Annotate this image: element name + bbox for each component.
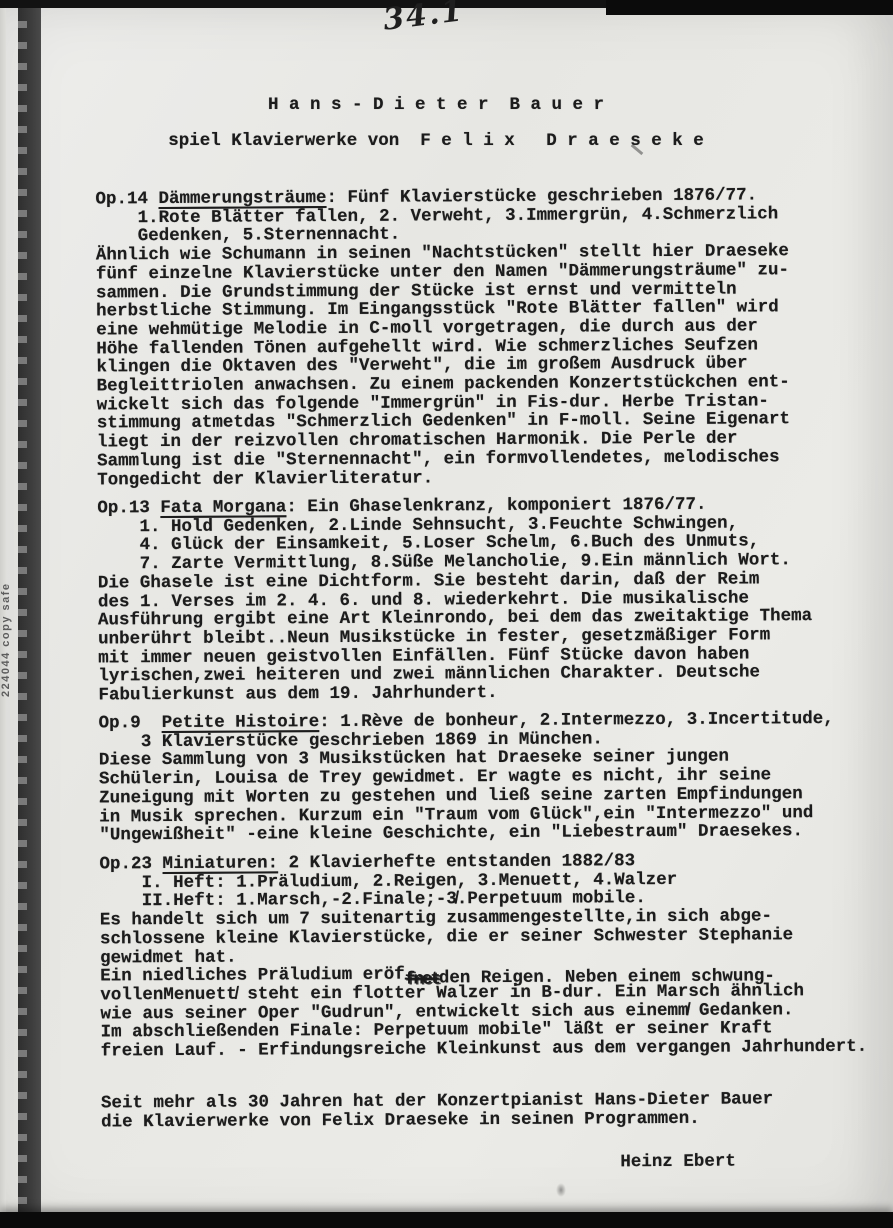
text-segment: Fata Morgana (160, 497, 286, 518)
text-segment: Op.13 (97, 498, 160, 518)
text-segment: Miniaturen: (162, 853, 278, 874)
scanned-document-page: { "colors": { "paper": "#e9e9e5", "ink":… (0, 0, 893, 1228)
text-segment: Op.9 (99, 713, 162, 733)
text-line: Fabulierkunst aus dem 19. Jahrhundert. (98, 682, 893, 706)
text-line: Ein niedliches Präludium eröffnetden Rei… (100, 963, 893, 987)
closing-paragraph: Seit mehr als 30 Jahren hat der Konzertp… (101, 1090, 893, 1132)
section-op14: Op.14 Dämmerungsträume: Fünf Klavierstüc… (95, 186, 893, 490)
text-line: die Klavierwerke von Felix Draeseke in s… (101, 1108, 893, 1132)
document-body: Op.14 Dämmerungsträume: Fünf Klavierstüc… (94, 0, 893, 1228)
section-op13: Op.13 Fata Morgana: Ein Ghaselenkranz, k… (97, 495, 893, 706)
film-strip-label: 224044 copy safe (0, 497, 12, 697)
text-line: freien Lauf. - Erfindungsreiche Kleinkun… (101, 1038, 893, 1062)
text-segment: den Reigen. Neben einem schwung- (439, 968, 775, 989)
text-line: Tongedicht der Klavierliteratur. (97, 466, 893, 490)
film-strip (18, 0, 41, 1228)
section-op9: Op.9 Petite Histoire: 1.Rève de bonheur,… (99, 710, 893, 846)
text-line: "Ungewißheit" -eine kleine Geschichte, e… (99, 822, 893, 846)
text-segment: Op.23 (99, 854, 162, 874)
text-segment: Op.14 (95, 189, 158, 209)
signature: Heinz Ebert (620, 1153, 736, 1172)
text-segment: fnet (405, 971, 439, 990)
section-op23: Op.23 Miniaturen: 2 Klavierhefte entstan… (99, 851, 893, 1062)
text-segment: Dämmerungsträume (158, 188, 326, 209)
text-segment: Petite Histoire (162, 712, 320, 733)
